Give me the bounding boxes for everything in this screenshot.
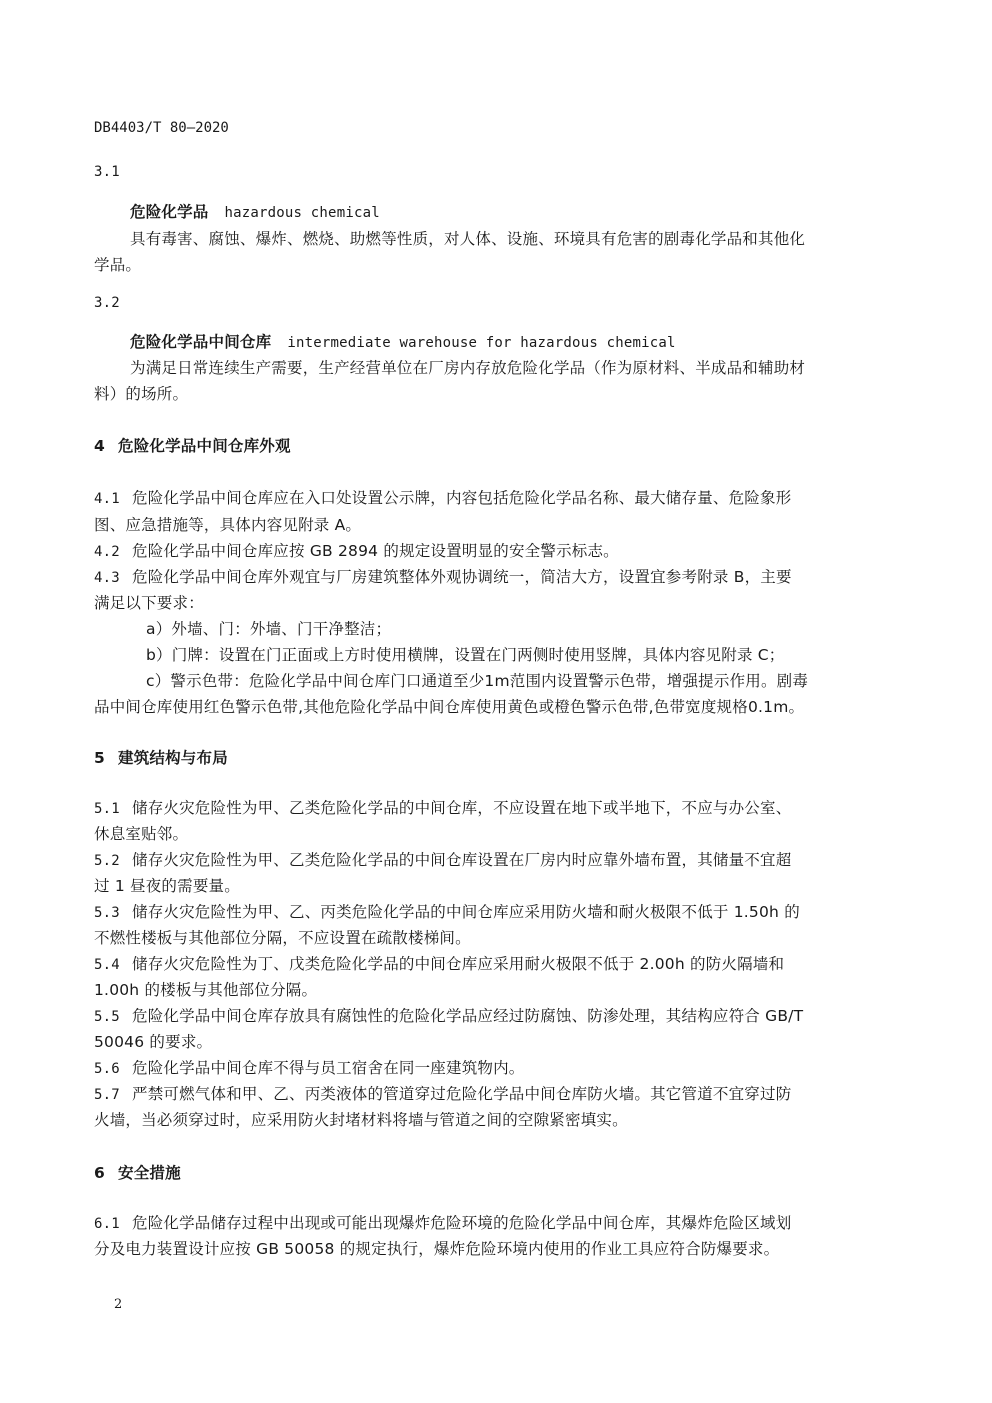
list-item-b: b）门牌：设置在门正面或上方时使用横牌，设置在门两侧时使用竖牌，具体内容见附录 … [146,645,956,665]
term-number: 3.2 [94,293,904,313]
term-number: 3.1 [94,162,904,182]
page-number: 2 [114,1297,122,1312]
clause-5-5-cont: 50046 的要求。 [94,1032,904,1052]
clause-4-1: 4.1危险化学品中间仓库应在入口处设置公示牌，内容包括危险化学品名称、最大储存量… [94,488,904,509]
list-item-c-cont: 品中间仓库使用红色警示色带,其他危险化学品中间仓库使用黄色或橙色警示色带,色带宽… [94,697,904,717]
clause-5-1: 5.1储存火灾危险性为甲、乙类危险化学品的中间仓库，不应设置在地下或半地下，不应… [94,798,904,819]
clause-5-1-cont: 休息室贴邻。 [94,824,904,844]
clause-6-1: 6.1危险化学品储存过程中出现或可能出现爆炸危险环境的危险化学品中间仓库，其爆炸… [94,1213,904,1234]
clause-5-4-cont: 1.00h 的楼板与其他部位分隔。 [94,980,904,1000]
term-definition-cont: 料）的场所。 [94,384,904,404]
term-definition: 为满足日常连续生产需要，生产经营单位在厂房内存放危险化学品（作为原材料、半成品和… [130,358,940,378]
document-code: DB4403/T 80—2020 [94,120,229,136]
term-definition-cont: 学品。 [94,255,904,275]
clause-5-2: 5.2储存火灾危险性为甲、乙类危险化学品的中间仓库设置在厂房内时应靠外墙布置，其… [94,850,904,871]
clause-5-3: 5.3储存火灾危险性为甲、乙、丙类危险化学品的中间仓库应采用防火墙和耐火极限不低… [94,902,904,923]
section-heading: 6安全措施 [94,1163,904,1183]
clause-5-7: 5.7严禁可燃气体和甲、乙、丙类液体的管道穿过危险化学品中间仓库防火墙。其它管道… [94,1084,904,1105]
term-cn: 危险化学品中间仓库 [130,333,271,351]
section-title: 危险化学品中间仓库外观 [118,437,291,455]
clause-5-6: 5.6危险化学品中间仓库不得与员工宿舍在同一座建筑物内。 [94,1058,904,1079]
clause-5-5: 5.5危险化学品中间仓库存放具有腐蚀性的危险化学品应经过防腐蚀、防渗处理，其结构… [94,1006,904,1027]
clause-4-3-cont: 满足以下要求： [94,593,904,613]
clause-5-4: 5.4储存火灾危险性为丁、戊类危险化学品的中间仓库应采用耐火极限不低于 2.00… [94,954,904,975]
clause-4-2: 4.2危险化学品中间仓库应按 GB 2894 的规定设置明显的安全警示标志。 [94,541,904,562]
clause-5-3-cont: 不燃性楼板与其他部位分隔，不应设置在疏散楼梯间。 [94,928,904,948]
section-heading: 4危险化学品中间仓库外观 [94,436,904,456]
clause-5-7-cont: 火墙，当必须穿过时，应采用防火封堵材料将墙与管道之间的空隙紧密填实。 [94,1110,904,1130]
term-cn: 危险化学品 [130,203,209,221]
section-title: 建筑结构与布局 [118,749,228,767]
clause-6-1-cont: 分及电力装置设计应按 GB 50058 的规定执行，爆炸危险环境内使用的作业工具… [94,1239,904,1259]
clause-4-1-cont: 图、应急措施等，具体内容见附录 A。 [94,515,904,535]
section-title: 安全措施 [118,1164,181,1182]
term-definition: 具有毒害、腐蚀、爆炸、燃烧、助燃等性质，对人体、设施、环境具有危害的剧毒化学品和… [130,229,940,249]
list-item-a: a）外墙、门：外墙、门干净整洁； [146,619,956,639]
section-heading: 5建筑结构与布局 [94,748,904,768]
document-page: DB4403/T 80—2020 3.1 危险化学品hazardous chem… [0,0,992,1403]
clause-4-3: 4.3危险化学品中间仓库外观宜与厂房建筑整体外观协调统一，简洁大方，设置宜参考附… [94,567,904,588]
clause-5-2-cont: 过 1 昼夜的需要量。 [94,876,904,896]
term-en: hazardous chemical [225,205,380,221]
term-heading: 危险化学品中间仓库intermediate warehouse for haza… [130,332,940,353]
term-heading: 危险化学品hazardous chemical [130,202,940,223]
term-en: intermediate warehouse for hazardous che… [287,335,675,351]
list-item-c: c）警示色带：危险化学品中间仓库门口通道至少1m范围内设置警示色带，增强提示作用… [146,671,956,691]
